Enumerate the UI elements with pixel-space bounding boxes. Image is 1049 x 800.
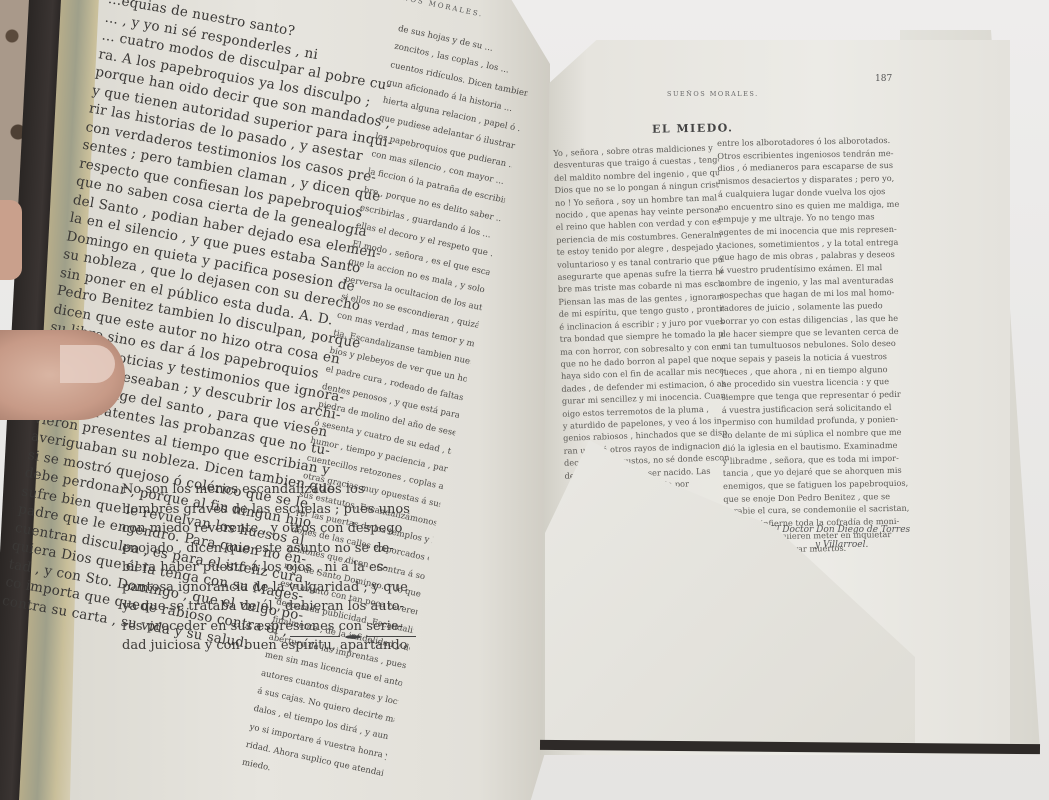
text-line: ya que se trataba de él , debieran los a… [122,597,422,617]
signature-line-2: y Villarroel. [815,540,868,550]
right-running-head: SUEÑOS MORALES. [667,90,759,98]
rule-left [290,636,340,637]
chapter-title: EL MIEDO. [652,121,734,135]
finger [0,200,22,280]
page-number: 187 [875,74,892,84]
text-line: con miedo reverente , y otros con despeg… [122,519,422,539]
text-line: pantosa ignorancia de la vulgaridad ; y … [122,578,422,598]
right-column-2: entre los alborotadores ó los alborotado… [717,134,909,556]
text-line: hombres graves de las escuelas ; pues un… [122,500,422,520]
text-line: No son los menos escandalizados los [122,480,422,500]
text-line: biera haber puesto á los ojos , ni á la … [122,558,422,578]
left-second-paragraph: No son los menos escandalizados loshombr… [122,480,422,656]
ornamental-rule [290,634,415,640]
book-photo-scene: SUEÑOS MORALES. ...equias de nuestro san… [0,0,1049,800]
rule-flourish [340,634,366,640]
rule-right [366,636,416,637]
thumbnail [60,345,115,383]
text-line: enojado , dicen que este asunto no se de… [122,539,422,559]
signature-line-1: El Doctor Don Diego de Torres [770,525,910,535]
